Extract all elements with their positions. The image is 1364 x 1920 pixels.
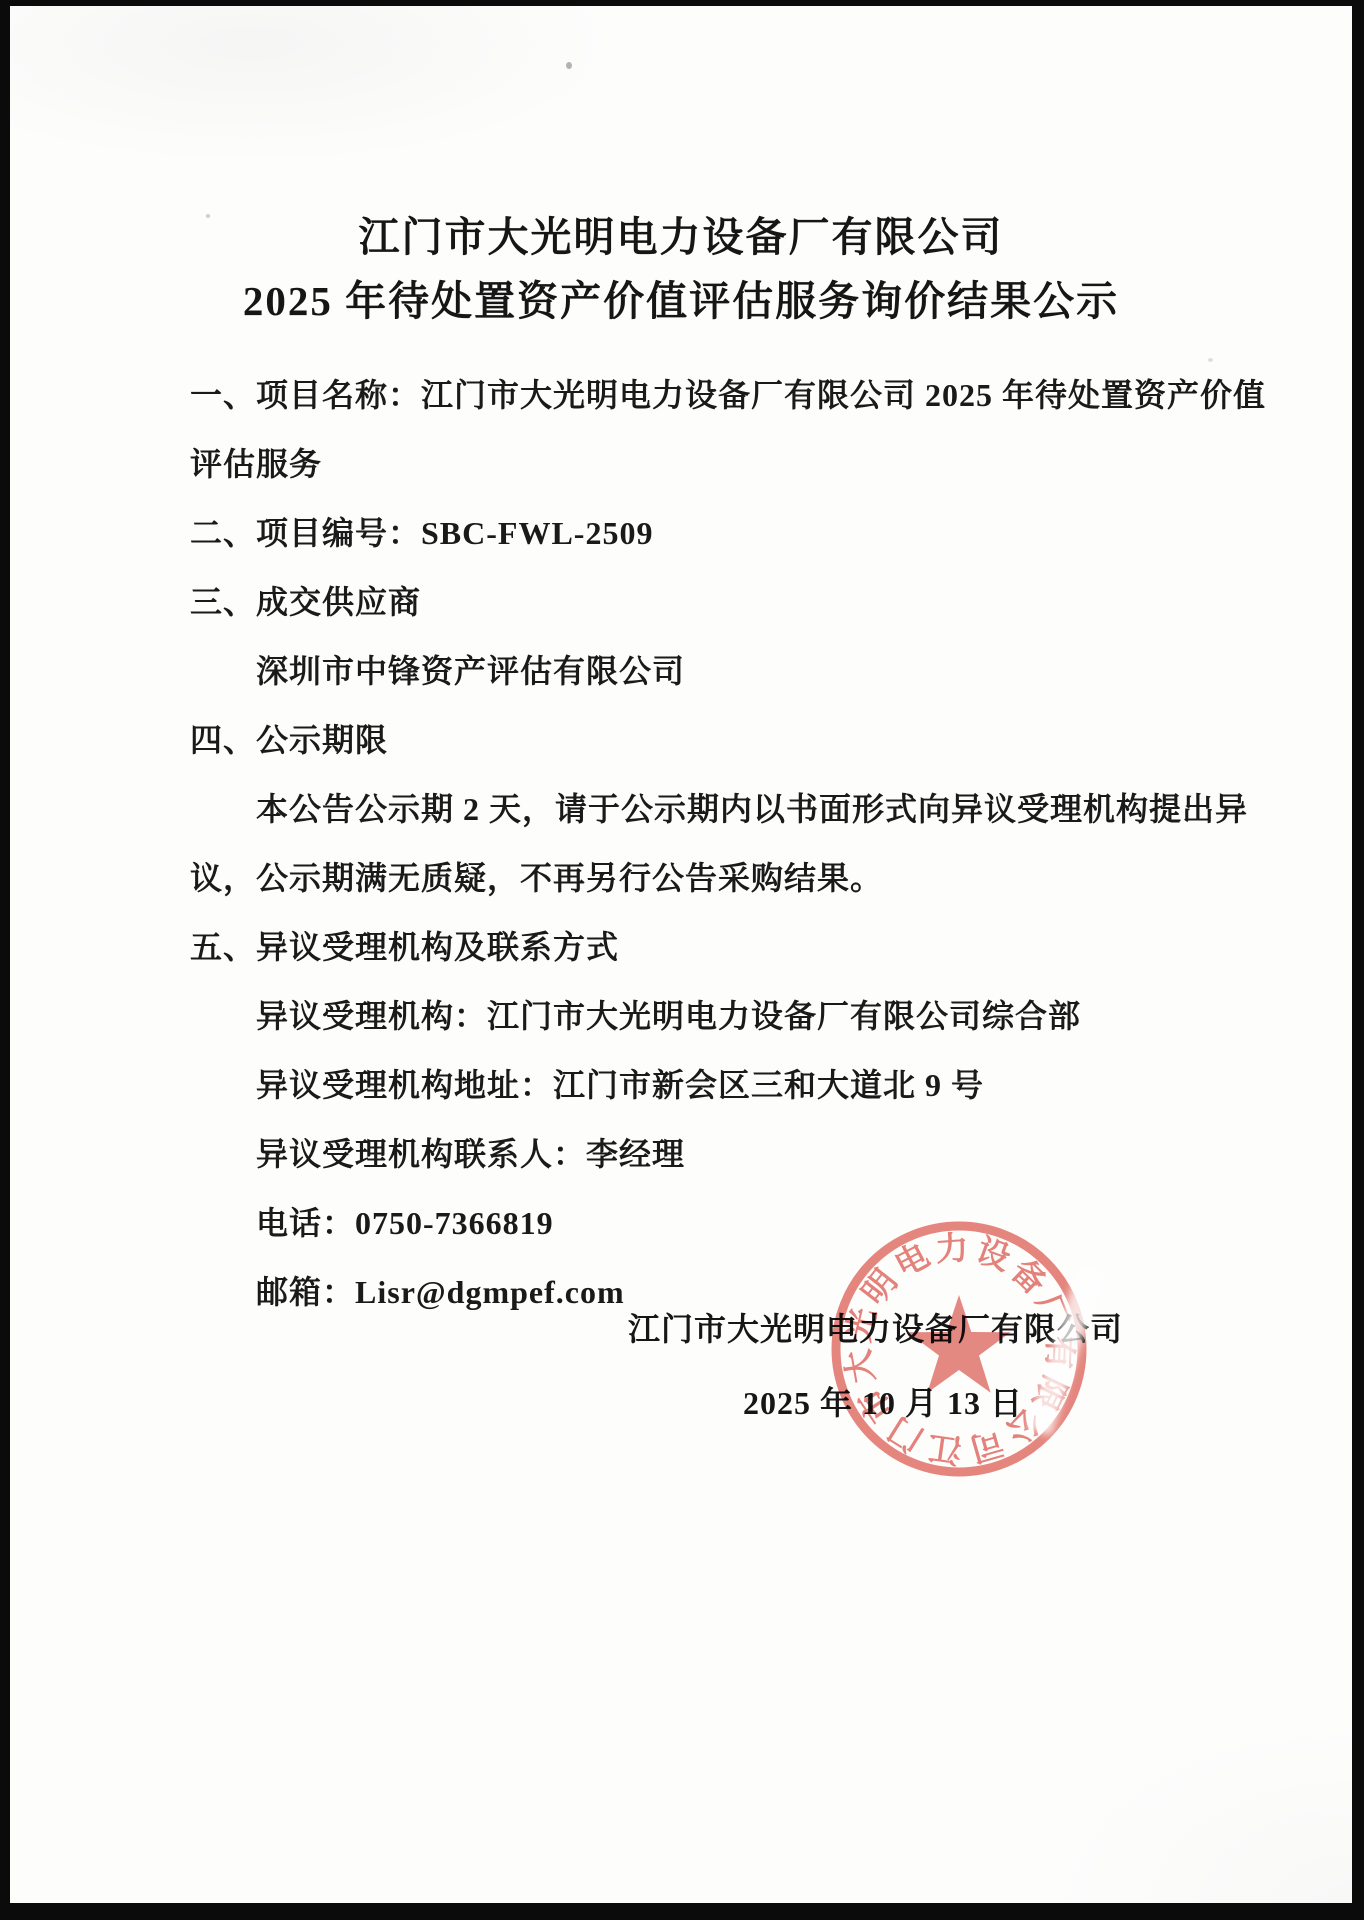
document-title-line2: 2025 年待处置资产价值评估服务询价结果公示 [10,268,1352,327]
document-line: 深圳市中锋资产评估有限公司 [256,646,685,692]
seal-character: 大 [840,1347,882,1386]
document-line: 议，公示期满无质疑，不再另行公告采购结果。 [190,853,883,899]
document-line: 四、公示期限 [190,715,388,761]
seal-character: 江 [926,1427,964,1467]
document-line: 评估服务 [190,439,322,485]
seal-star-icon [908,1295,1011,1393]
document-line: 异议受理机构联系人：李经理 [256,1129,685,1175]
document-line: 邮箱：Lisr@dgmpef.com [256,1267,625,1313]
document-line: 五、异议受理机构及联系方式 [190,922,619,968]
document-line: 一、项目名称：江门市大光明电力设备厂有限公司 2025 年待处置资产价值 [190,370,1266,416]
seal-character: 力 [934,1230,970,1269]
seal-character: 光 [840,1304,884,1345]
scan-speckle [206,214,210,218]
scan-speckle [566,62,572,69]
document-line: 电话：0750-7366819 [256,1198,554,1244]
scan-speckle [1208,358,1213,362]
document-line: 异议受理机构：江门市大光明电力设备厂有限公司综合部 [256,991,1081,1037]
document-line: 二、项目编号：SBC-FWL-2509 [190,508,653,554]
document-line: 三、成交供应商 [190,577,421,623]
document-line: 异议受理机构地址：江门市新会区三和大道北 9 号 [256,1060,984,1106]
document-title-line1: 江门市大光明电力设备厂有限公司 [10,204,1352,263]
document-line: 本公告公示期 2 天，请于公示期内以书面形式向异议受理机构提出异 [256,784,1248,830]
scanned-document: { "page": { "title_lines": [ "江门市大光明电力设备… [0,0,1364,1920]
document-sheet: 江门市大光明电力设备厂有限公司 2025 年待处置资产价值评估服务询价结果公示 … [10,6,1352,1903]
